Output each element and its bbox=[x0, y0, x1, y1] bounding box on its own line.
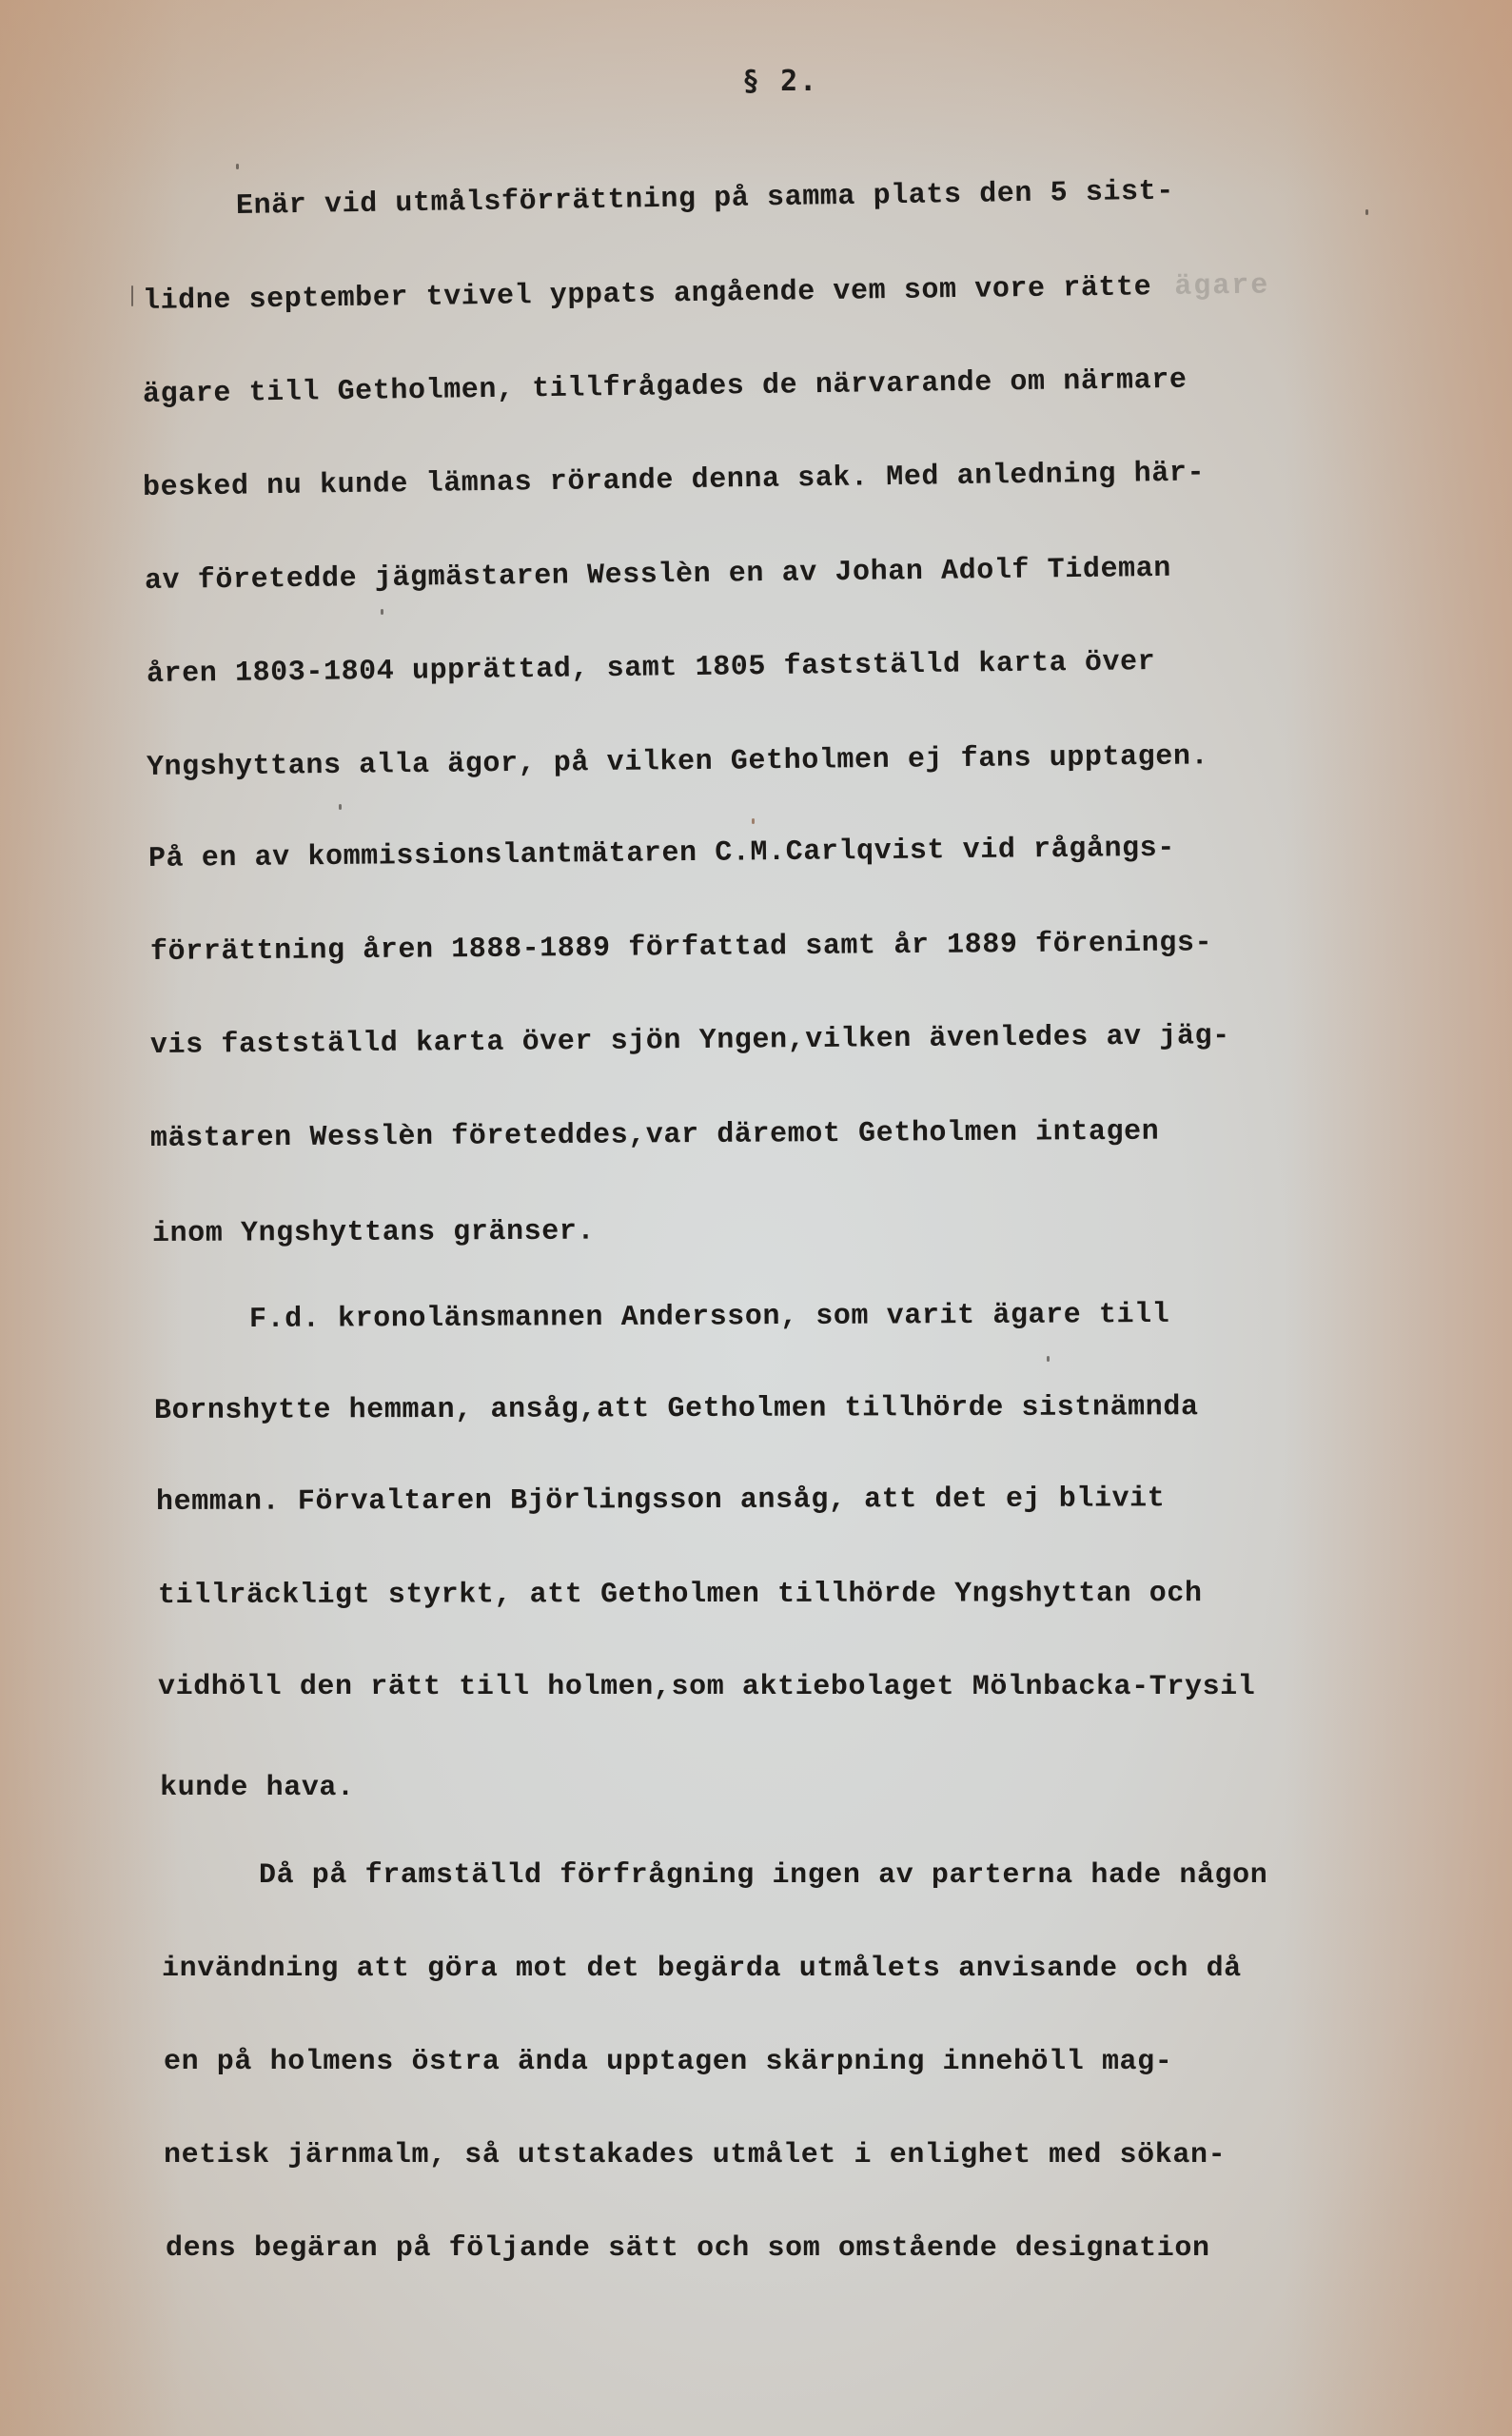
text-line: lidne september tvivel yppats angående v… bbox=[143, 269, 1270, 318]
text-line: dens begäran på följande sätt och som om… bbox=[166, 2232, 1210, 2265]
text-line: ägare till Getholmen, tillfrågades de nä… bbox=[143, 364, 1188, 411]
text-line: åren 1803-1804 upprättad, samt 1805 fast… bbox=[147, 646, 1156, 691]
text-line: Enär vid utmålsförrättning på samma plat… bbox=[236, 176, 1174, 223]
paper-speck bbox=[339, 804, 342, 810]
text-line: förrättning åren 1888-1889 författad sam… bbox=[150, 927, 1212, 969]
text-line: netisk järnmalm, så utstakades utmålet i… bbox=[164, 2139, 1226, 2171]
struck-word: ägare bbox=[1174, 269, 1269, 303]
text-line: vis fastställd karta över sjön Yngen,vil… bbox=[150, 1020, 1230, 1062]
paper-speck bbox=[381, 609, 383, 615]
text-line: tillräckligt styrkt, att Getholmen tillh… bbox=[158, 1578, 1203, 1612]
paper-speck bbox=[752, 818, 755, 824]
text-line: besked nu kunde lämnas rörande denna sak… bbox=[143, 457, 1206, 504]
section-heading: § 2. bbox=[742, 65, 818, 98]
text-line: kunde hava. bbox=[160, 1772, 355, 1804]
text-line: vidhöll den rätt till holmen,som aktiebo… bbox=[158, 1671, 1255, 1703]
paper-speck bbox=[1047, 1356, 1050, 1362]
paper-speck bbox=[236, 164, 239, 169]
text-line: Yngshyttans alla ägor, på vilken Getholm… bbox=[147, 740, 1208, 784]
text-line: en på holmens östra ända upptagen skärpn… bbox=[164, 2046, 1172, 2078]
text-line: inom Yngshyttans gränser. bbox=[152, 1216, 595, 1250]
text-line: hemman. Förvaltaren Björlingsson ansåg, … bbox=[156, 1483, 1165, 1519]
paper-speck bbox=[131, 285, 133, 306]
text-line: F.d. kronolänsmannen Andersson, som vari… bbox=[249, 1299, 1170, 1336]
text-line: Då på framställd förfrågning ingen av pa… bbox=[259, 1859, 1267, 1892]
document-page: § 2. Enär vid utmålsförrättning på samma… bbox=[0, 0, 1512, 2436]
text-line: av företedde jägmästaren Wesslèn en av J… bbox=[145, 553, 1171, 598]
paper-speck bbox=[1365, 209, 1368, 215]
text-line: På en av kommissionslantmätaren C.M.Carl… bbox=[148, 833, 1175, 875]
text-line: mästaren Wesslèn företeddes,var däremot … bbox=[150, 1116, 1160, 1155]
text-line: Bornshytte hemman, ansåg,att Getholmen t… bbox=[154, 1391, 1199, 1427]
text-line: invändning att göra mot det begärda utmå… bbox=[162, 1953, 1242, 1985]
